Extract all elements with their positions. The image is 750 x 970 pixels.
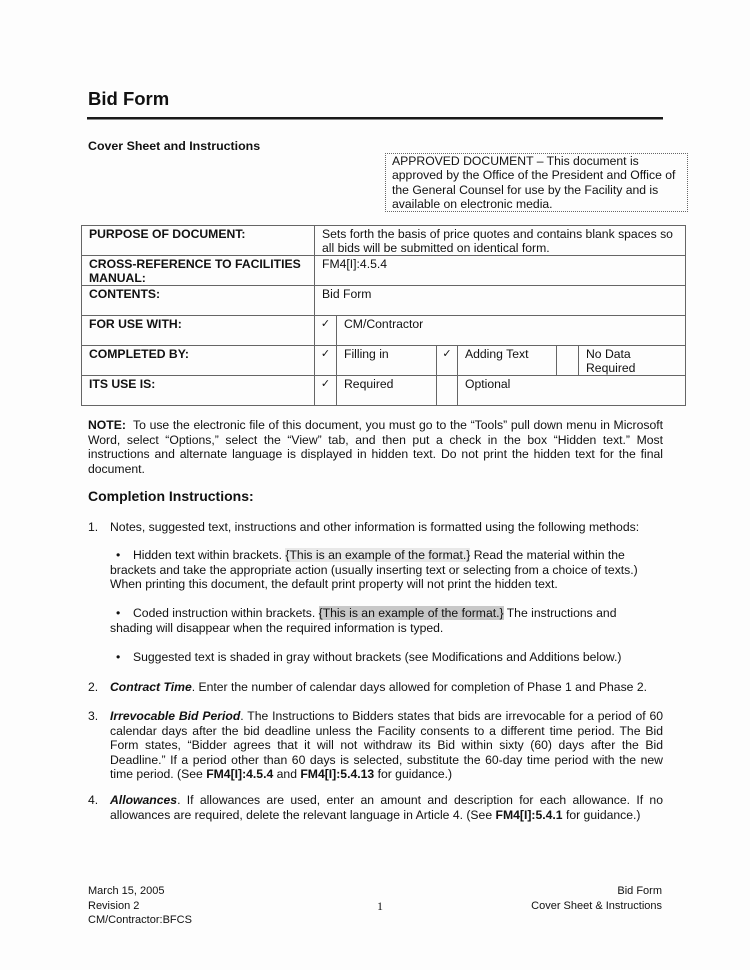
item-text: Allowances. If allowances are used, ente… [110,793,663,822]
item-number: 1. [88,520,98,535]
bullet-text: Suggested text is shaded in gray without… [110,650,670,665]
approved-document-box: APPROVED DOCUMENT – This document is app… [385,153,688,212]
item-title: Allowances [110,793,177,807]
item-number: 2. [88,680,98,695]
option-optional: Optional [458,376,686,406]
footer-right: Bid Form Cover Sheet & Instructions [480,884,662,913]
purpose-label: PURPOSE OF DOCUMENT: [82,226,315,256]
check-icon[interactable]: ✓ [437,346,458,376]
option-filling-in: Filling in [337,346,437,376]
item-number: 4. [88,793,98,808]
note-text: To use the electronic file of this docum… [88,418,663,476]
table-row-contents: CONTENTS: Bid Form [82,286,686,316]
footer-code: CM/Contractor:BFCS [88,913,192,928]
contents-value: Bid Form [315,286,686,316]
page-number: 1 [377,899,383,914]
footer-left: March 15, 2005 Revision 2 CM/Contractor:… [88,884,192,928]
hidden-text-example: {This is an example of the format.} [285,548,470,562]
item-number: 3. [88,709,98,724]
cross-reference-value: FM4[I]:4.5.4 [315,256,686,286]
check-icon[interactable]: ✓ [315,346,337,376]
purpose-value: Sets forth the basis of price quotes and… [315,226,686,256]
cross-reference-label: CROSS-REFERENCE TO FACILITIES MANUAL: [82,256,315,286]
table-row-completed-by: COMPLETED BY: ✓ Filling in ✓ Adding Text… [82,346,686,376]
contents-label: CONTENTS: [82,286,315,316]
title-rule [87,117,663,120]
item-title: Irrevocable Bid Period [110,709,240,723]
note-label: NOTE: [88,418,126,432]
document-info-table: PURPOSE OF DOCUMENT: Sets forth the basi… [81,225,686,406]
for-use-with-label: FOR USE WITH: [82,316,315,346]
table-row-its-use-is: ITS USE IS: ✓ Required Optional [82,376,686,406]
bullet-text: Coded instruction within brackets. {This… [110,606,645,635]
table-row-cross-reference: CROSS-REFERENCE TO FACILITIES MANUAL: FM… [82,256,686,286]
check-icon[interactable]: ✓ [315,376,337,406]
footer-section: Cover Sheet & Instructions [480,899,662,914]
its-use-is-label: ITS USE IS: [82,376,315,406]
completion-heading: Completion Instructions: [88,488,254,504]
bullet-text: Hidden text within brackets. {This is an… [110,548,645,592]
table-row-purpose: PURPOSE OF DOCUMENT: Sets forth the basi… [82,226,686,256]
footer-date: March 15, 2005 [88,884,192,899]
item-text: Notes, suggested text, instructions and … [110,520,663,535]
item-title: Contract Time [110,680,192,694]
option-adding-text: Adding Text [458,346,557,376]
note-paragraph: NOTE: To use the electronic file of this… [88,418,663,476]
reference-link: FM4[I]:5.4.13 [300,767,374,781]
document-subtitle: Cover Sheet and Instructions [88,139,260,153]
completed-by-label: COMPLETED BY: [82,346,315,376]
footer-doc-title: Bid Form [480,884,662,899]
option-required: Required [337,376,437,406]
table-row-for-use-with: FOR USE WITH: ✓ CM/Contractor [82,316,686,346]
document-title: Bid Form [88,88,169,110]
check-icon[interactable]: ✓ [315,316,337,346]
option-no-data-required: No Data Required [579,346,686,376]
item-text: Irrevocable Bid Period. The Instructions… [110,709,663,782]
for-use-with-option: CM/Contractor [337,316,686,346]
footer-revision: Revision 2 [88,899,192,914]
coded-instruction-example: {This is an example of the format.} [319,606,504,620]
reference-link: FM4[I]:5.4.1 [496,808,563,822]
checkbox-empty[interactable] [437,376,458,406]
checkbox-empty[interactable] [557,346,579,376]
reference-link: FM4[I]:4.5.4 [206,767,273,781]
item-text: Contract Time. Enter the number of calen… [110,680,680,695]
